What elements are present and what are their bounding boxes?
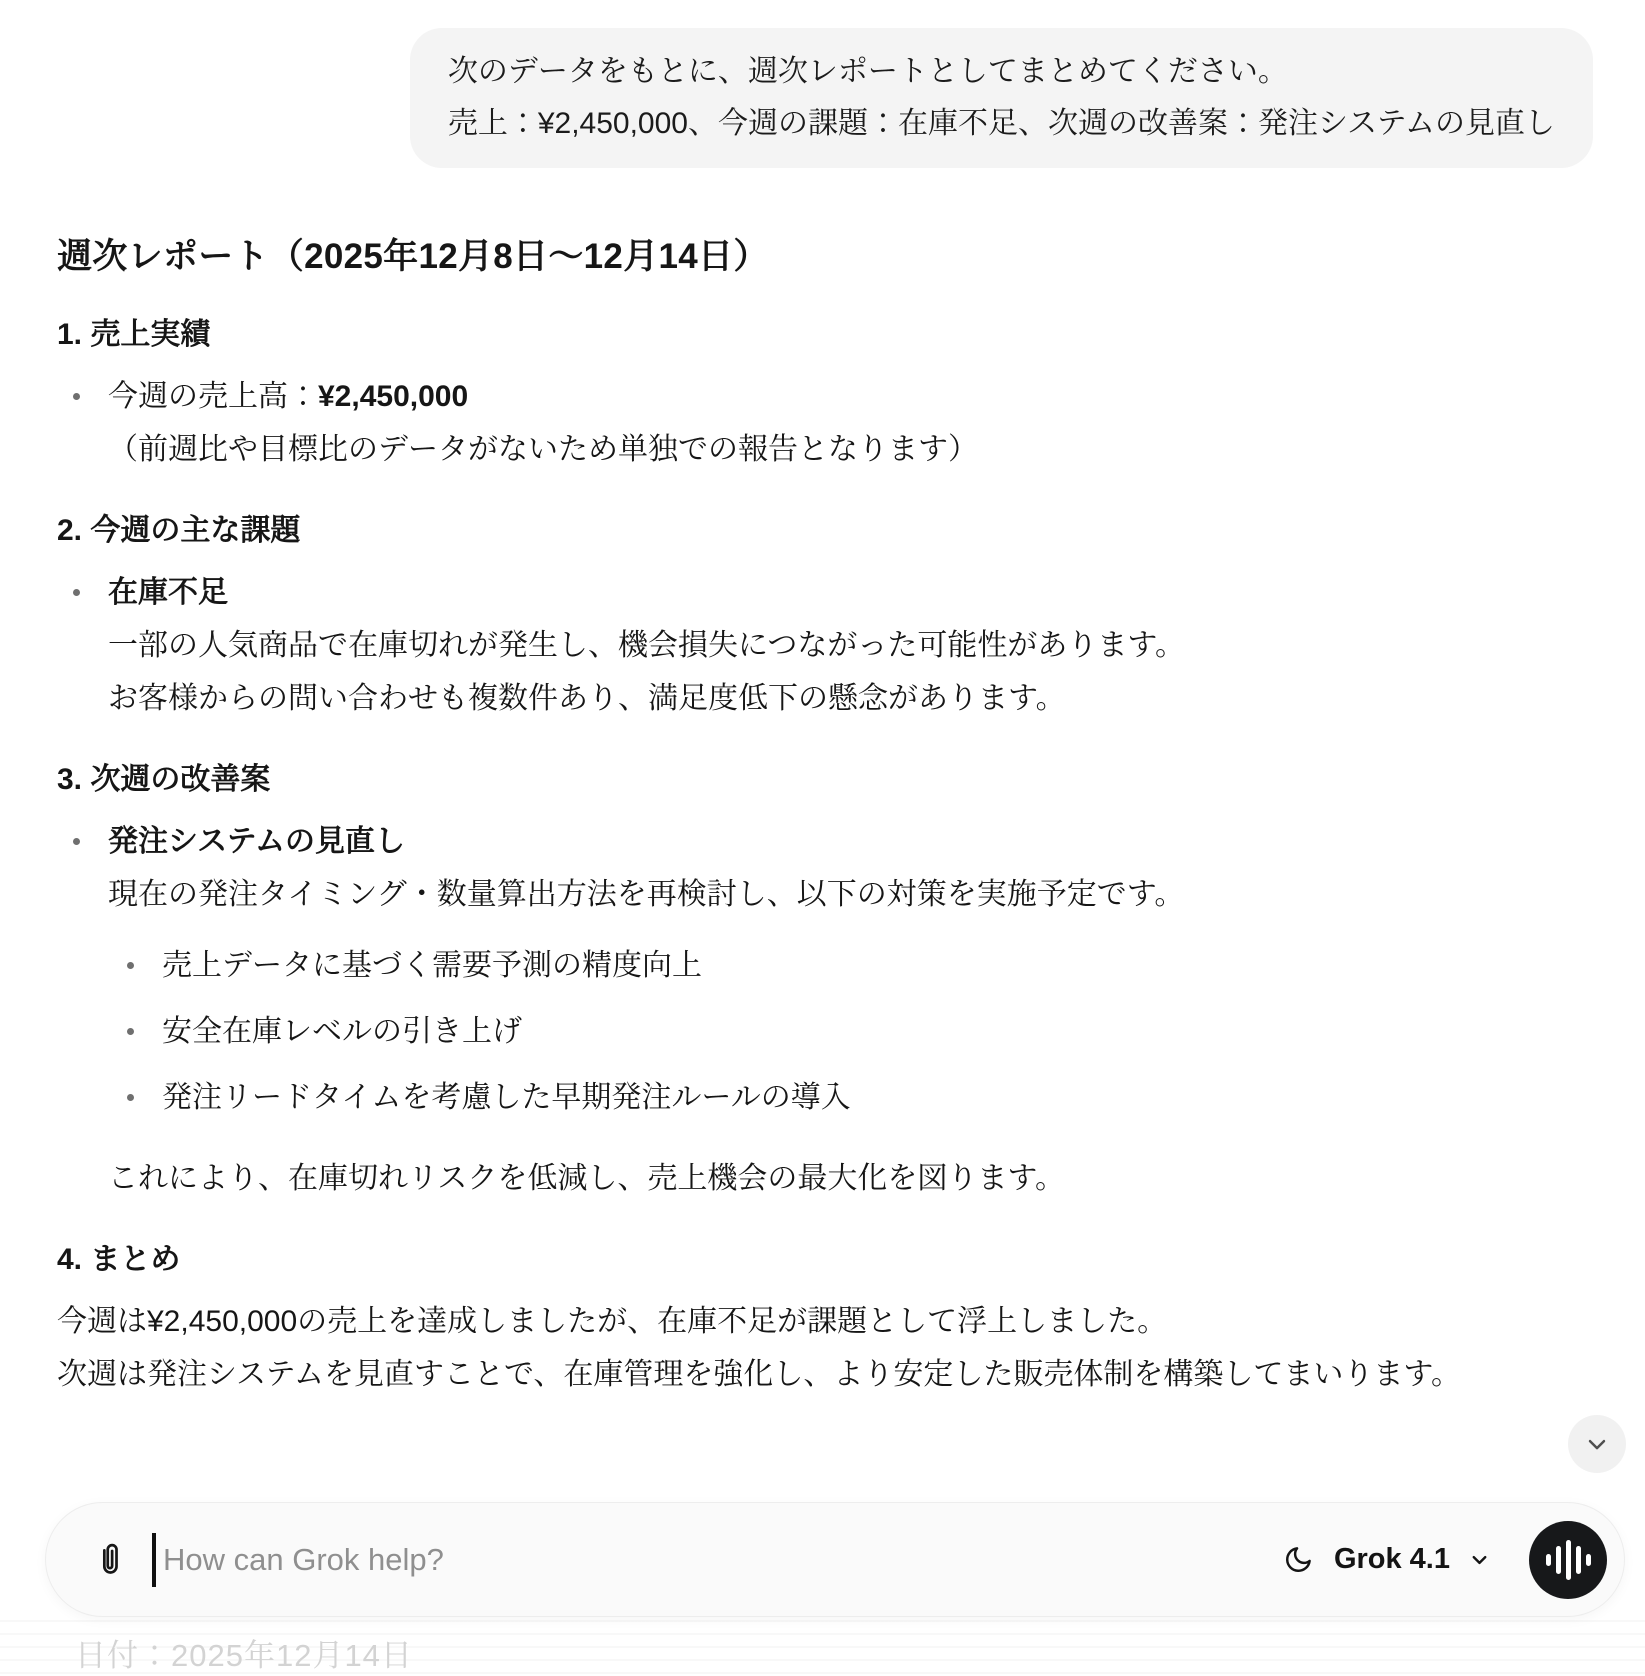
scroll-to-bottom-button[interactable]: [1568, 1415, 1626, 1473]
attach-file-button[interactable]: [88, 1536, 132, 1584]
model-selector-label: Grok 4.1: [1334, 1543, 1450, 1576]
assistant-message: 週次レポート（2025年12月8日〜12月14日） 1. 売上実績 今週の売上高…: [0, 234, 1645, 1401]
summary-line: 次週は発注システムを見直すことで、在庫管理を強化し、より安定した販売体制を構築し…: [57, 1348, 1585, 1401]
moon-icon: [1283, 1544, 1314, 1575]
improvement-intro: 現在の発注タイミング・数量算出方法を再検討し、以下の対策を実施予定です。: [108, 868, 1585, 921]
issue-title: 在庫不足: [108, 566, 1585, 619]
summary-paragraph: 今週は¥2,450,000の売上を達成しましたが、在庫不足が課題として浮上しまし…: [57, 1295, 1585, 1401]
section-heading-improvements: 3. 次週の改善案: [57, 759, 1585, 801]
section-heading-sales: 1. 売上実績: [57, 314, 1585, 356]
list-item: 在庫不足 一部の人気商品で在庫切れが発生し、機会損失につながった可能性があります…: [57, 566, 1585, 725]
message-input[interactable]: [156, 1542, 1283, 1578]
list-item: 今週の売上高：¥2,450,000 （前週比や目標比のデータがないため単独での報…: [57, 370, 1585, 476]
user-message-line: 次のデータをもとに、週次レポートとしてまとめてください。: [448, 46, 1555, 98]
composer-bar: Grok 4.1: [45, 1502, 1625, 1617]
report-title: 週次レポート（2025年12月8日〜12月14日）: [57, 234, 1585, 280]
sales-value: ¥2,450,000: [318, 380, 468, 413]
sub-list: 売上データに基づく需要予測の精度向上 安全在庫レベルの引き上げ 発注リードタイム…: [57, 939, 1585, 1124]
section-heading-issues: 2. 今週の主な課題: [57, 510, 1585, 552]
improvement-closing: これにより、在庫切れリスクを低減し、売上機会の最大化を図ります。: [57, 1152, 1585, 1205]
voice-mode-button[interactable]: [1529, 1521, 1607, 1599]
sales-label: 今週の売上高：: [108, 380, 318, 413]
model-selector[interactable]: Grok 4.1: [1283, 1543, 1491, 1576]
chevron-down-icon: [1583, 1430, 1611, 1458]
summary-line: 今週は¥2,450,000の売上を達成しましたが、在庫不足が課題として浮上しまし…: [57, 1295, 1585, 1348]
improvement-title: 発注システムの見直し: [108, 815, 1585, 868]
chevron-down-icon: [1468, 1548, 1491, 1571]
list-item: 発注システムの見直し 現在の発注タイミング・数量算出方法を再検討し、以下の対策を…: [57, 815, 1585, 921]
sub-list-item: 発注リードタイムを考慮した早期発注ルールの導入: [57, 1071, 1585, 1124]
overflow-date-text: 日付：2025年12月14日: [75, 1630, 413, 1675]
issue-desc-line: 一部の人気商品で在庫切れが発生し、機会損失につながった可能性があります。: [108, 619, 1585, 672]
sales-line: 今週の売上高：¥2,450,000: [108, 370, 1585, 423]
user-message-bubble: 次のデータをもとに、週次レポートとしてまとめてください。 売上：¥2,450,0…: [410, 28, 1593, 168]
waveform-icon: [1546, 1540, 1591, 1580]
user-message-line: 売上：¥2,450,000、今週の課題：在庫不足、次週の改善案：発注システムの見…: [448, 98, 1555, 150]
section-heading-summary: 4. まとめ: [57, 1239, 1585, 1281]
sub-list-item: 売上データに基づく需要予測の精度向上: [57, 939, 1585, 992]
paperclip-icon: [93, 1541, 127, 1579]
sales-note: （前週比や目標比のデータがないため単独での報告となります）: [108, 423, 1585, 476]
user-message-row: 次のデータをもとに、週次レポートとしてまとめてください。 売上：¥2,450,0…: [0, 0, 1645, 168]
issue-desc-line: お客様からの問い合わせも複数件あり、満足度低下の懸念があります。: [108, 672, 1585, 725]
sub-list-item: 安全在庫レベルの引き上げ: [57, 1005, 1585, 1058]
